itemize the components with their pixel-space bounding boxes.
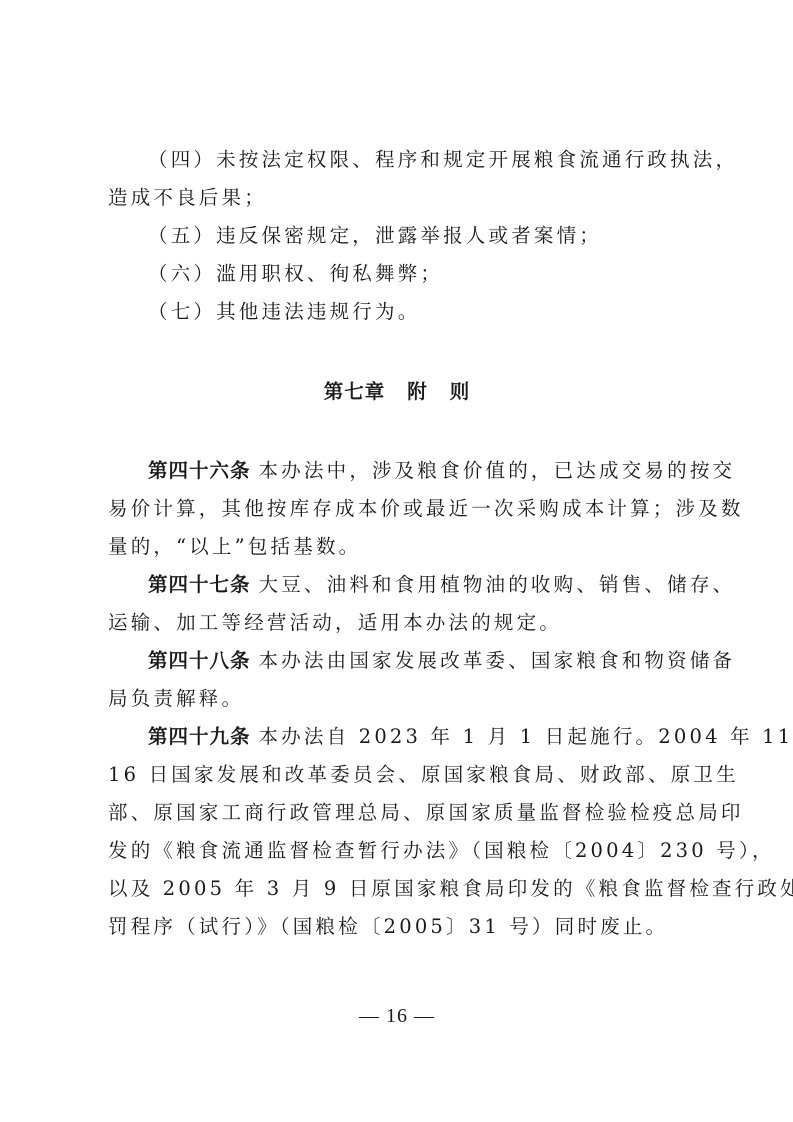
article-label: 第四十八条 [148, 649, 251, 672]
chapter-heading: 第七章附则 [108, 378, 686, 406]
list-item-6: （六）滥用职权、徇私舞弊； [148, 260, 443, 288]
article-text: 本办法中，涉及粮食价值的，已达成交易的按交 [259, 459, 736, 482]
list-item-4: （四）未按法定权限、程序和规定开展粮食流通行政执法， [148, 146, 738, 174]
item-marker: （五） [148, 224, 216, 247]
article-49: 第四十九条本办法自 2023 年 1 月 1 日起施行。2004 年 11 月 [148, 723, 793, 751]
article-text: 大豆、油料和食用植物油的收购、销售、储存、 [259, 573, 736, 596]
article-text: 发的《粮食流通监督检查暂行办法》（国粮检〔2004〕230 号）， [108, 837, 775, 865]
chapter-title: 则 [450, 380, 471, 403]
article-text: 本办法自 2023 年 1 月 1 日起施行。2004 年 11 月 [259, 725, 793, 748]
item-text: 滥用职权、徇私舞弊； [216, 262, 443, 285]
article-text: 罚程序（试行）》（国粮检〔2005〕31 号）同时废止。 [108, 913, 668, 941]
item-marker: （七） [148, 300, 216, 323]
article-label: 第四十七条 [148, 573, 251, 596]
article-47: 第四十七条大豆、油料和食用植物油的收购、销售、储存、 [148, 571, 735, 599]
item-text: 违反保密规定，泄露举报人或者案情； [216, 224, 602, 247]
list-item-7: （七）其他违法违规行为。 [148, 298, 420, 326]
article-text: 以及 2005 年 3 月 9 日原国家粮食局印发的《粮食监督检查行政处 [108, 875, 793, 903]
item-text: 未按法定权限、程序和规定开展粮食流通行政执法， [216, 148, 738, 171]
article-48: 第四十八条本办法由国家发展改革委、国家粮食和物资储备 [148, 647, 735, 675]
article-label: 第四十六条 [148, 459, 251, 482]
item-text: 其他违法违规行为。 [216, 300, 420, 323]
article-text: 量的，“以上”包括基数。 [108, 533, 361, 561]
list-item-5: （五）违反保密规定，泄露举报人或者案情； [148, 222, 602, 250]
article-label: 第四十九条 [148, 725, 251, 748]
article-text: 16 日国家发展和改革委员会、原国家粮食局、财政部、原卫生 [108, 761, 739, 789]
page-number: — 16 — [108, 1002, 686, 1030]
item-marker: （四） [148, 148, 216, 171]
article-text: 局负责解释。 [108, 685, 244, 713]
chapter-title: 附 [407, 380, 428, 403]
article-text: 运输、加工等经营活动，适用本办法的规定。 [108, 609, 562, 637]
list-item-4-cont: 造成不良后果； [108, 184, 267, 212]
article-46: 第四十六条本办法中，涉及粮食价值的，已达成交易的按交 [148, 457, 735, 485]
item-marker: （六） [148, 262, 216, 285]
article-text: 本办法由国家发展改革委、国家粮食和物资储备 [259, 649, 736, 672]
article-text: 部、原国家工商行政管理总局、原国家质量监督检验检疫总局印 [108, 799, 744, 827]
chapter-number: 第七章 [324, 380, 386, 403]
article-text: 易价计算，其他按库存成本价或最近一次采购成本计算；涉及数 [108, 495, 744, 523]
